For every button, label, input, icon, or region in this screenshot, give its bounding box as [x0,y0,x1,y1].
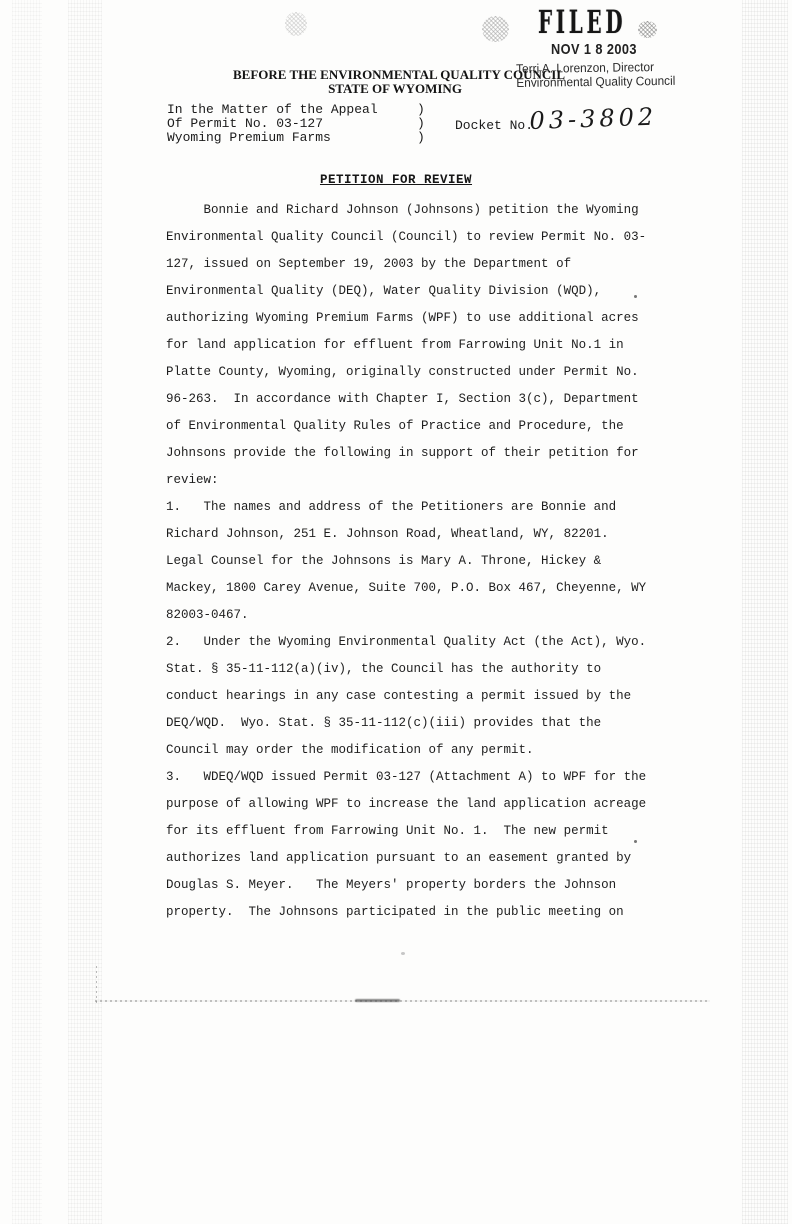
scan-speck [634,840,637,843]
caption-line: Of Permit No. 03-127 [167,117,378,131]
body-line: Stat. § 35-11-112(a)(iv), the Council ha… [166,656,676,683]
body-line: Bonnie and Richard Johnson (Johnsons) pe… [166,197,676,224]
body-line: DEQ/WQD. Wyo. Stat. § 35-11-112(c)(iii) … [166,710,676,737]
body-line: Richard Johnson, 251 E. Johnson Road, Wh… [166,521,676,548]
body-line: purpose of allowing WPF to increase the … [166,791,676,818]
caption-paren-column: ))) [417,103,425,145]
body-line: Johnsons provide the following in suppor… [166,440,676,467]
body-line: conduct hearings in any case contesting … [166,683,676,710]
page-edge-artifact [95,1000,710,1002]
case-caption: In the Matter of the AppealOf Permit No.… [167,103,378,145]
scan-speck [634,295,637,298]
stamp-dot-icon [638,21,657,38]
body-line: review: [166,467,676,494]
court-header-line1: BEFORE THE ENVIRONMENTAL QUALITY COUNCIL [233,68,557,82]
body-line: Platte County, Wyoming, originally const… [166,359,676,386]
body-line: 127, issued on September 19, 2003 by the… [166,251,676,278]
petition-body: Bonnie and Richard Johnson (Johnsons) pe… [166,197,676,926]
court-header: BEFORE THE ENVIRONMENTAL QUALITY COUNCIL… [233,68,557,95]
page-edge-artifact-vertical [96,963,97,1003]
caption-paren: ) [417,103,425,117]
body-line: 82003-0467. [166,602,676,629]
docket-label: Docket No. [455,118,533,133]
caption-line: In the Matter of the Appeal [167,103,378,117]
body-line: 3. WDEQ/WQD issued Permit 03-127 (Attach… [166,764,676,791]
docket-number-handwritten: 03-3802 [529,103,658,135]
document-title-row: PETITION FOR REVIEW [0,170,792,188]
caption-line: Wyoming Premium Farms [167,131,378,145]
body-line: 96-263. In accordance with Chapter I, Se… [166,386,676,413]
body-line: of Environmental Quality Rules of Practi… [166,413,676,440]
body-line: Environmental Quality Council (Council) … [166,224,676,251]
body-line: property. The Johnsons participated in t… [166,899,676,926]
scan-speck [401,952,405,955]
body-line: Douglas S. Meyer. The Meyers' property b… [166,872,676,899]
body-line: for land application for effluent from F… [166,332,676,359]
body-line: Mackey, 1800 Carey Avenue, Suite 700, P.… [166,575,676,602]
court-header-line2: STATE OF WYOMING [233,82,557,96]
page-edge-artifact-dark [355,999,400,1002]
filed-date-stamp: NOV 1 8 2003 [551,41,637,58]
body-line: authorizes land application pursuant to … [166,845,676,872]
scanned-petition-page: FILED NOV 1 8 2003 Terri A. Lorenzon, Di… [0,0,792,1224]
filed-stamp: FILED [538,3,626,41]
body-line: authorizing Wyoming Premium Farms (WPF) … [166,305,676,332]
body-line: for its effluent from Farrowing Unit No.… [166,818,676,845]
caption-paren: ) [417,117,425,131]
document-title: PETITION FOR REVIEW [320,173,472,187]
stamp-dot-icon [285,12,307,36]
body-line: Legal Counsel for the Johnsons is Mary A… [166,548,676,575]
body-line: 1. The names and address of the Petition… [166,494,676,521]
stamp-dot-icon [482,16,509,42]
body-line: Environmental Quality (DEQ), Water Quali… [166,278,676,305]
caption-paren: ) [417,131,425,145]
body-line: Council may order the modification of an… [166,737,676,764]
body-line: 2. Under the Wyoming Environmental Quali… [166,629,676,656]
